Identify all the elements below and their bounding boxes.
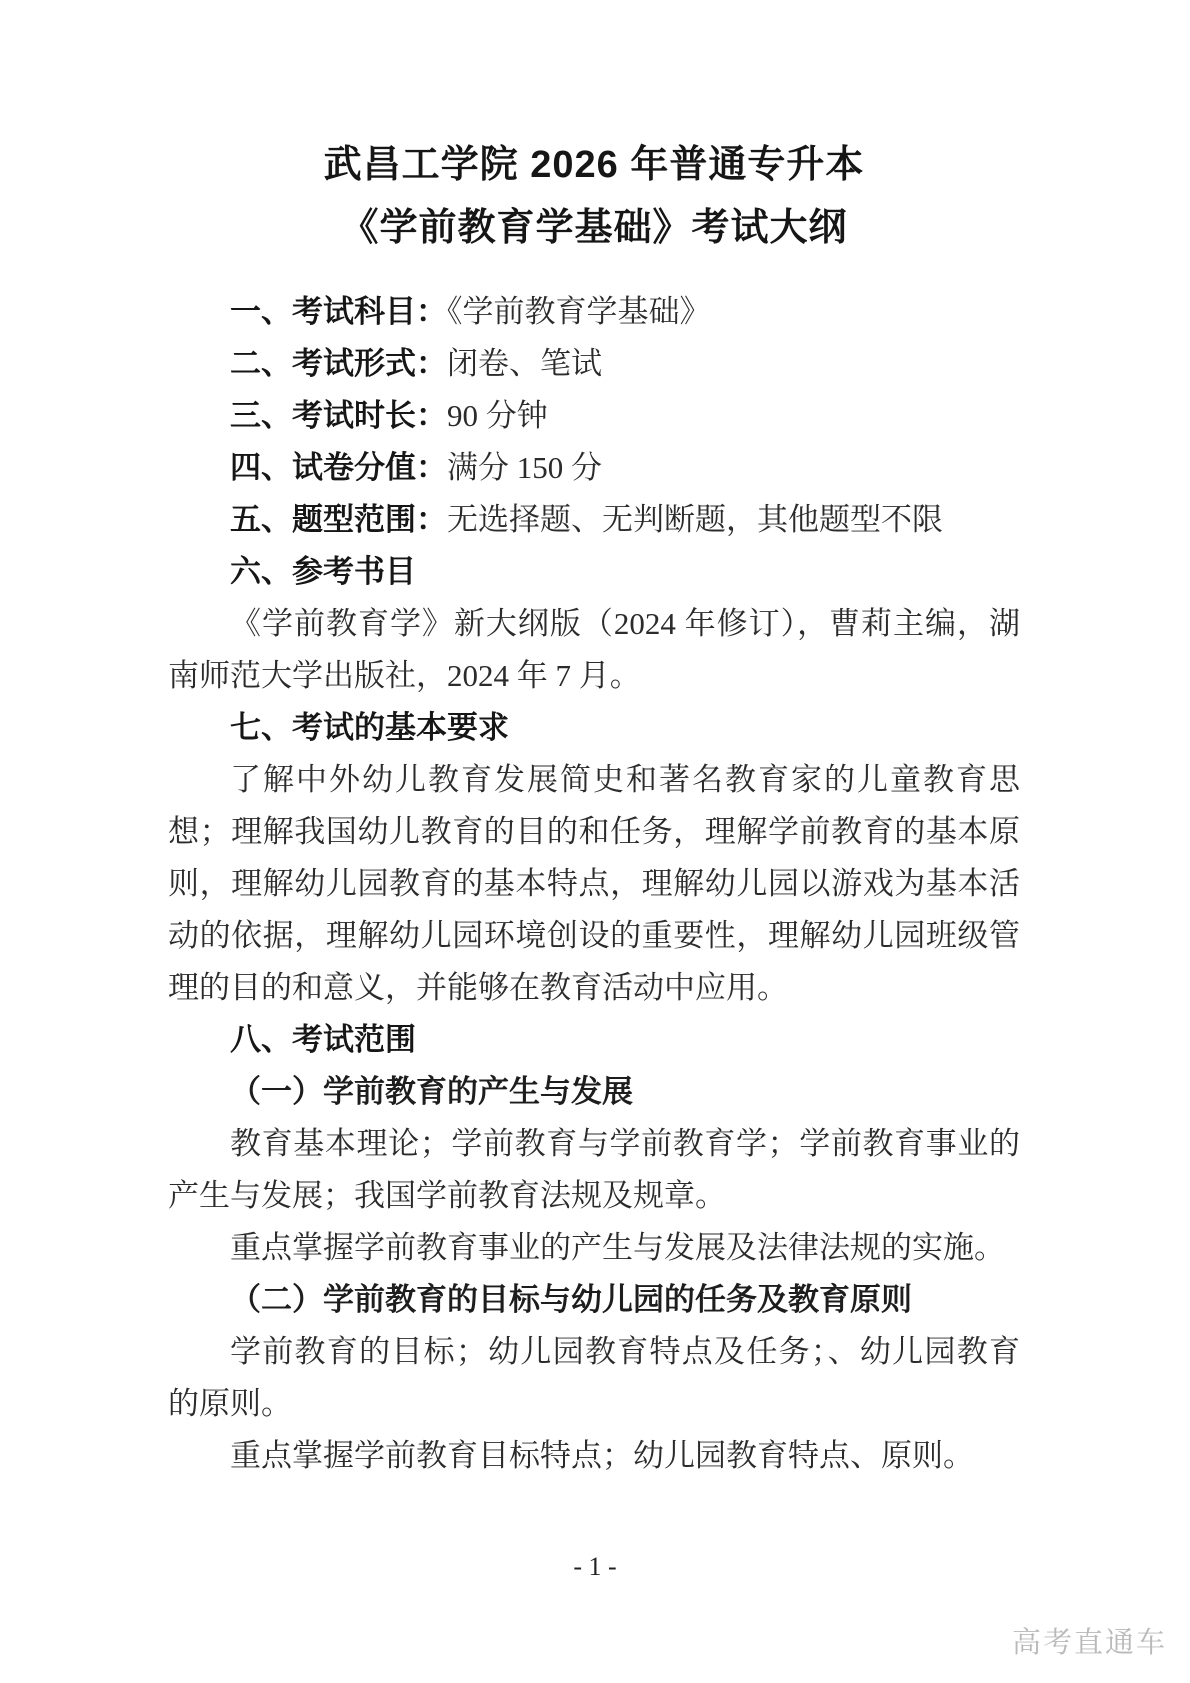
meta-label-subject: 一、考试科目： (230, 294, 447, 329)
meta-label-reference-books: 六、参考书目 (230, 554, 416, 589)
section-heading-exam-scope: 八、考试范围 (168, 1014, 1020, 1066)
meta-row-format: 二、考试形式：闭卷、笔试 (168, 338, 1020, 390)
scope-2-content-paragraph: 学前教育的目标；幼儿园教育特点及任务；、幼儿园教育的原则。 (168, 1326, 1020, 1430)
scope-section-2: （二）学前教育的目标与幼儿园的任务及教育原则 学前教育的目标；幼儿园教育特点及任… (168, 1274, 1020, 1482)
meta-label-duration: 三、考试时长： (230, 398, 447, 433)
document-page: 武昌工学院 2026 年普通专升本 《学前教育学基础》考试大纲 一、考试科目：《… (0, 0, 1190, 1683)
scope-1-heading: （一）学前教育的产生与发展 (168, 1066, 1020, 1118)
reference-book-paragraph: 《学前教育学》新大纲版（2024 年修订），曹莉主编，湖南师范大学出版社，202… (168, 598, 1020, 702)
meta-label-question-types: 五、题型范围： (230, 502, 447, 537)
document-title-line1: 武昌工学院 2026 年普通专升本 (168, 0, 1020, 192)
exam-meta-list: 一、考试科目：《学前教育学基础》 二、考试形式：闭卷、笔试 三、考试时长：90 … (168, 286, 1020, 598)
meta-label-format: 二、考试形式： (230, 346, 447, 381)
scope-section-1: （一）学前教育的产生与发展 教育基本理论；学前教育与学前教育学；学前教育事业的产… (168, 1066, 1020, 1274)
meta-row-duration: 三、考试时长：90 分钟 (168, 390, 1020, 442)
document-title-line2: 《学前教育学基础》考试大纲 (168, 201, 1020, 255)
meta-value-question-types: 无选择题、无判断题，其他题型不限 (447, 502, 943, 537)
scope-1-key-points-paragraph: 重点掌握学前教育事业的产生与发展及法律法规的实施。 (168, 1222, 1020, 1274)
meta-value-format: 闭卷、笔试 (447, 346, 602, 381)
scope-2-key-points-paragraph: 重点掌握学前教育目标特点；幼儿园教育特点、原则。 (168, 1430, 1020, 1482)
document-content: 武昌工学院 2026 年普通专升本 《学前教育学基础》考试大纲 一、考试科目：《… (168, 0, 1020, 1482)
scope-2-heading: （二）学前教育的目标与幼儿园的任务及教育原则 (168, 1274, 1020, 1326)
meta-row-question-types: 五、题型范围：无选择题、无判断题，其他题型不限 (168, 494, 1020, 546)
watermark: 高考直通车 (1012, 1620, 1167, 1661)
meta-row-score: 四、试卷分值：满分 150 分 (168, 442, 1020, 494)
scope-1-content-paragraph: 教育基本理论；学前教育与学前教育学；学前教育事业的产生与发展；我国学前教育法规及… (168, 1118, 1020, 1222)
meta-row-reference-books: 六、参考书目 (168, 546, 1020, 598)
basic-requirements-paragraph: 了解中外幼儿教育发展简史和著名教育家的儿童教育思想；理解我国幼儿教育的目的和任务… (168, 754, 1020, 1014)
meta-value-duration: 90 分钟 (447, 398, 548, 433)
meta-value-subject: 《学前教育学基础》 (447, 294, 711, 329)
page-number: - 1 - (0, 1552, 1190, 1582)
section-heading-basic-requirements: 七、考试的基本要求 (168, 702, 1020, 754)
meta-label-score: 四、试卷分值： (230, 450, 447, 485)
meta-row-subject: 一、考试科目：《学前教育学基础》 (168, 286, 1020, 338)
meta-value-score: 满分 150 分 (447, 450, 602, 485)
